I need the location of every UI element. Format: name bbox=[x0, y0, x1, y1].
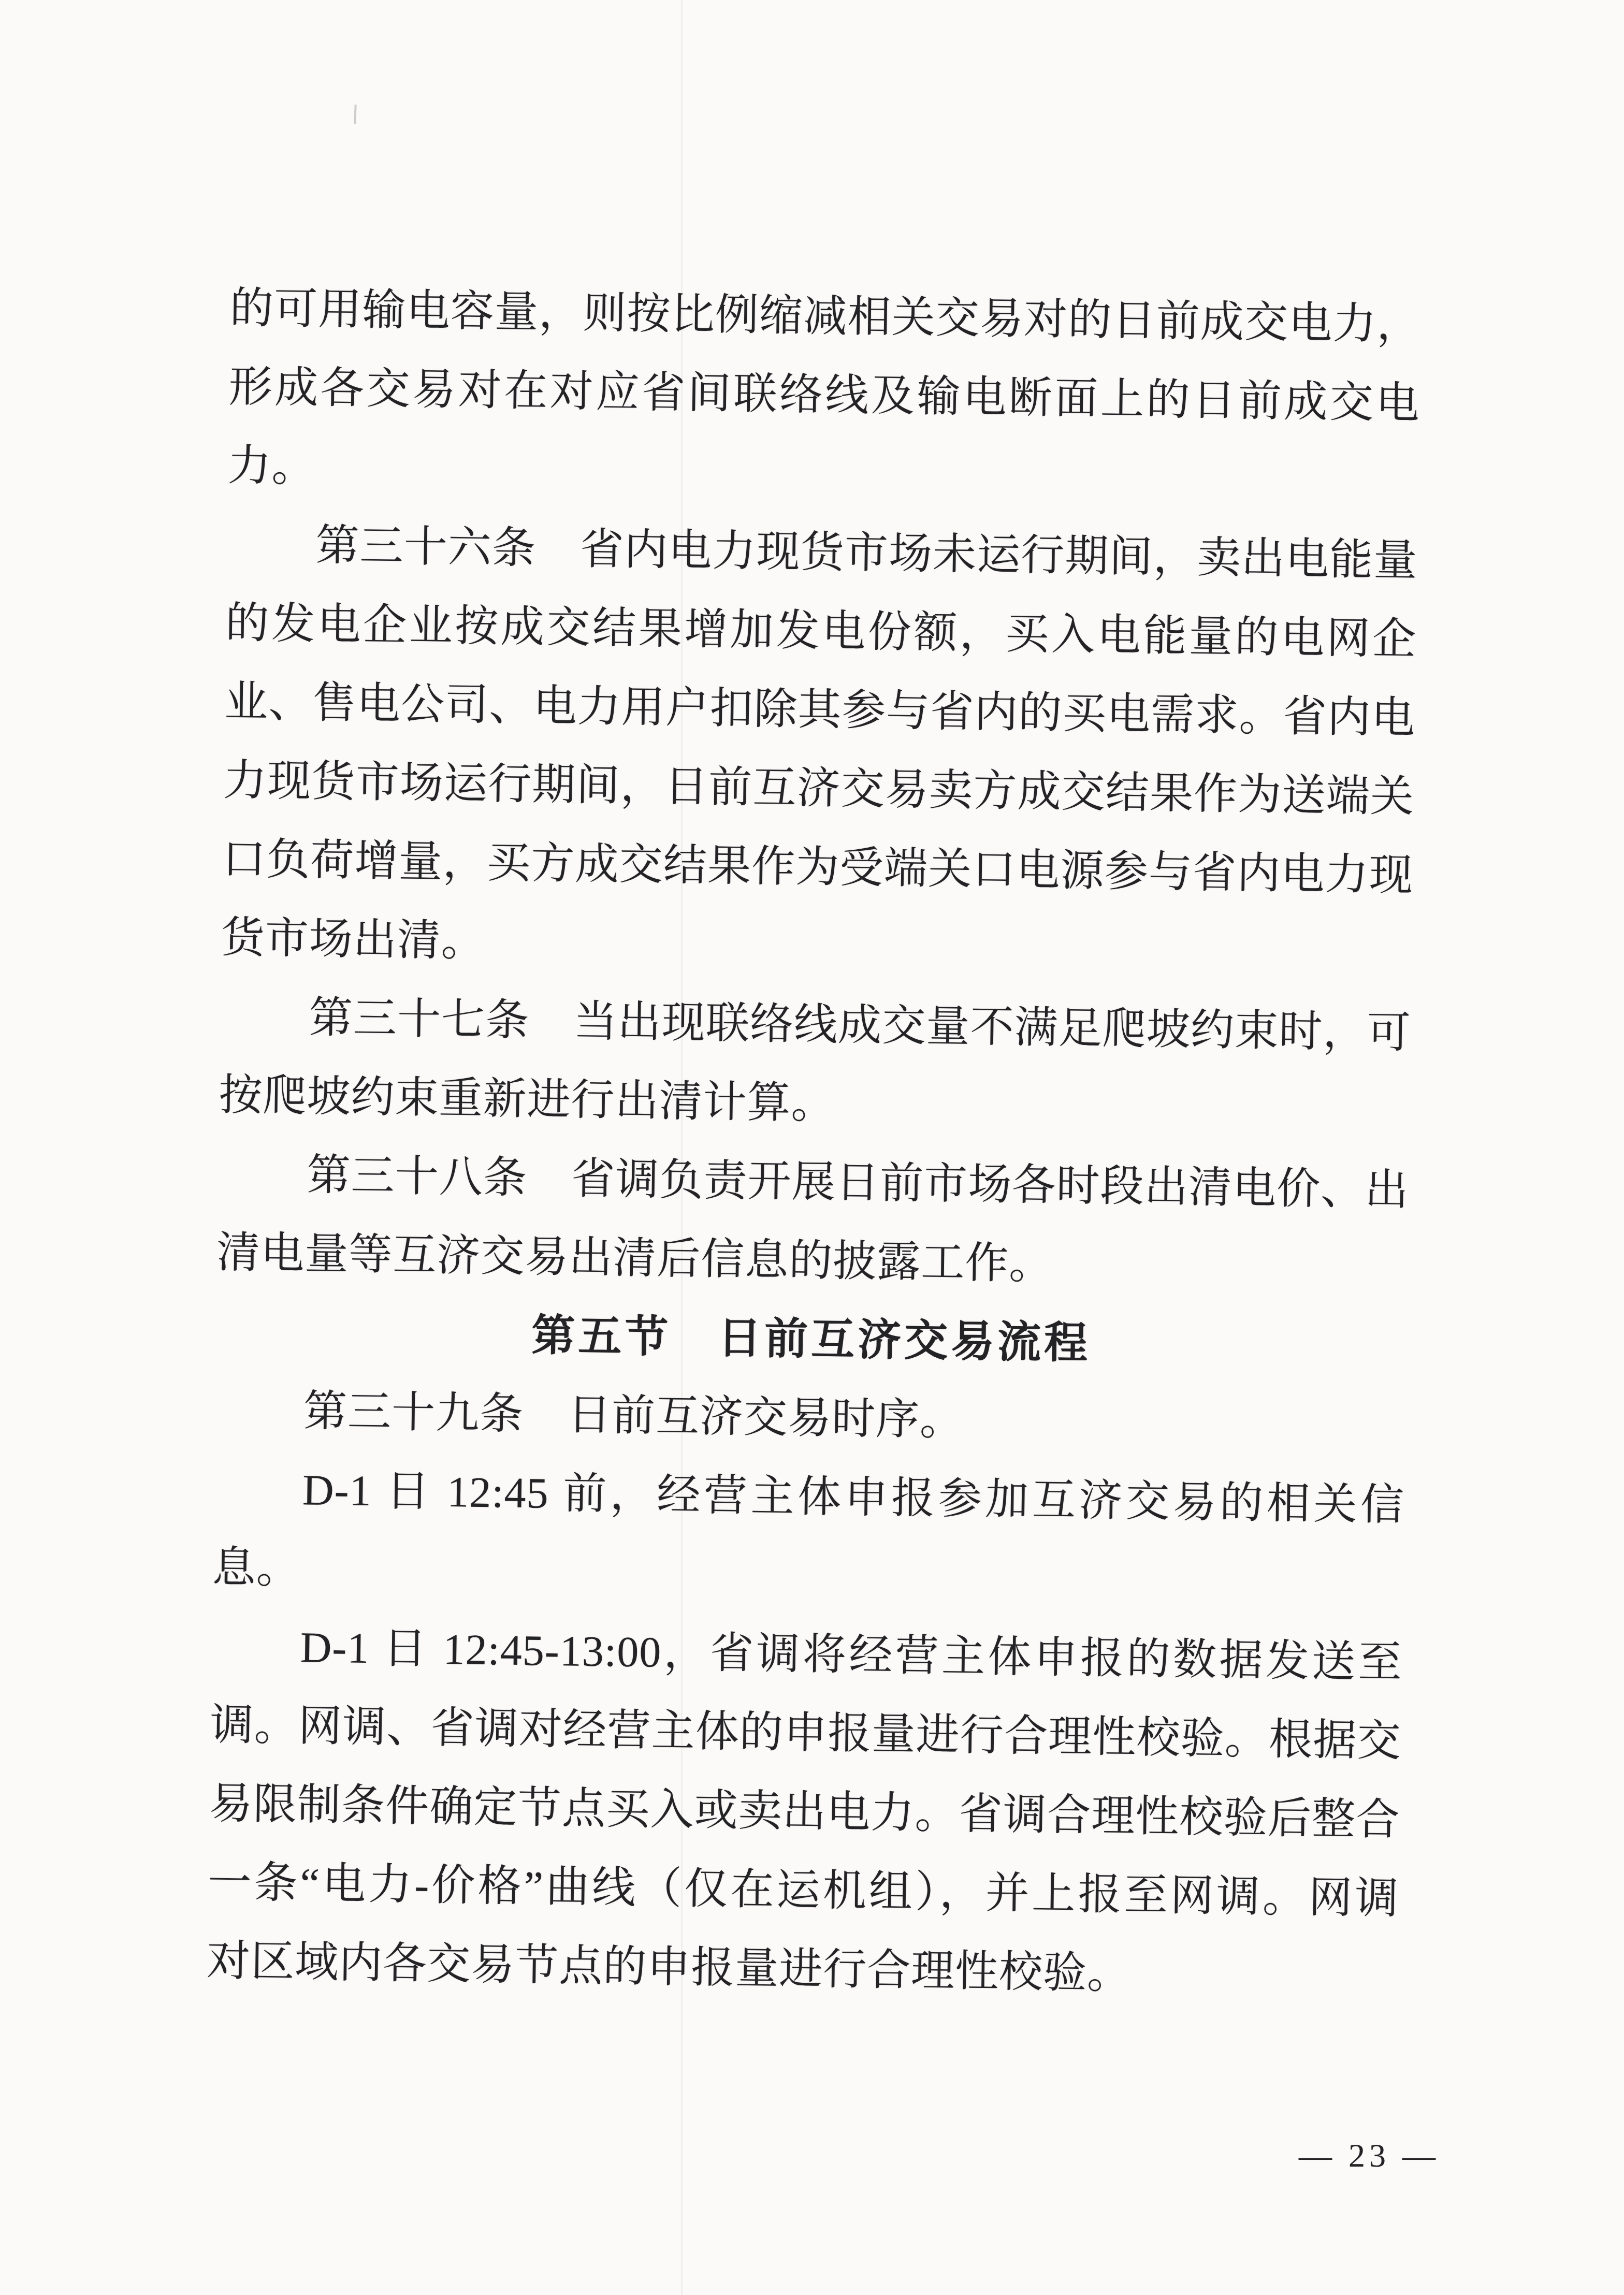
scan-speck-artifact bbox=[354, 105, 356, 124]
text-line: 形成各交易对在对应省间联络线及输电断面上的日前成交电 bbox=[228, 348, 1420, 443]
text-line: D-1 日 12:45 前，经营主体申报参加互济交易的相关信 bbox=[213, 1450, 1405, 1545]
document-body: 的可用输电容量，则按比例缩减相关交易对的日前成交电力，形成各交易对在对应省间联络… bbox=[206, 269, 1421, 2017]
text-line: 对区域内各交易节点的申报量进行合理性校验。 bbox=[206, 1922, 1398, 2017]
text-line: 清电量等互济交易出清后信息的披露工作。 bbox=[216, 1214, 1408, 1309]
page-number: — 23 — bbox=[1299, 2132, 1440, 2179]
page-number-text: — 23 — bbox=[1299, 2137, 1440, 2174]
scanned-document-page: { "theme": { "paper": "#fbfaf8", "ink": … bbox=[0, 0, 1624, 2295]
